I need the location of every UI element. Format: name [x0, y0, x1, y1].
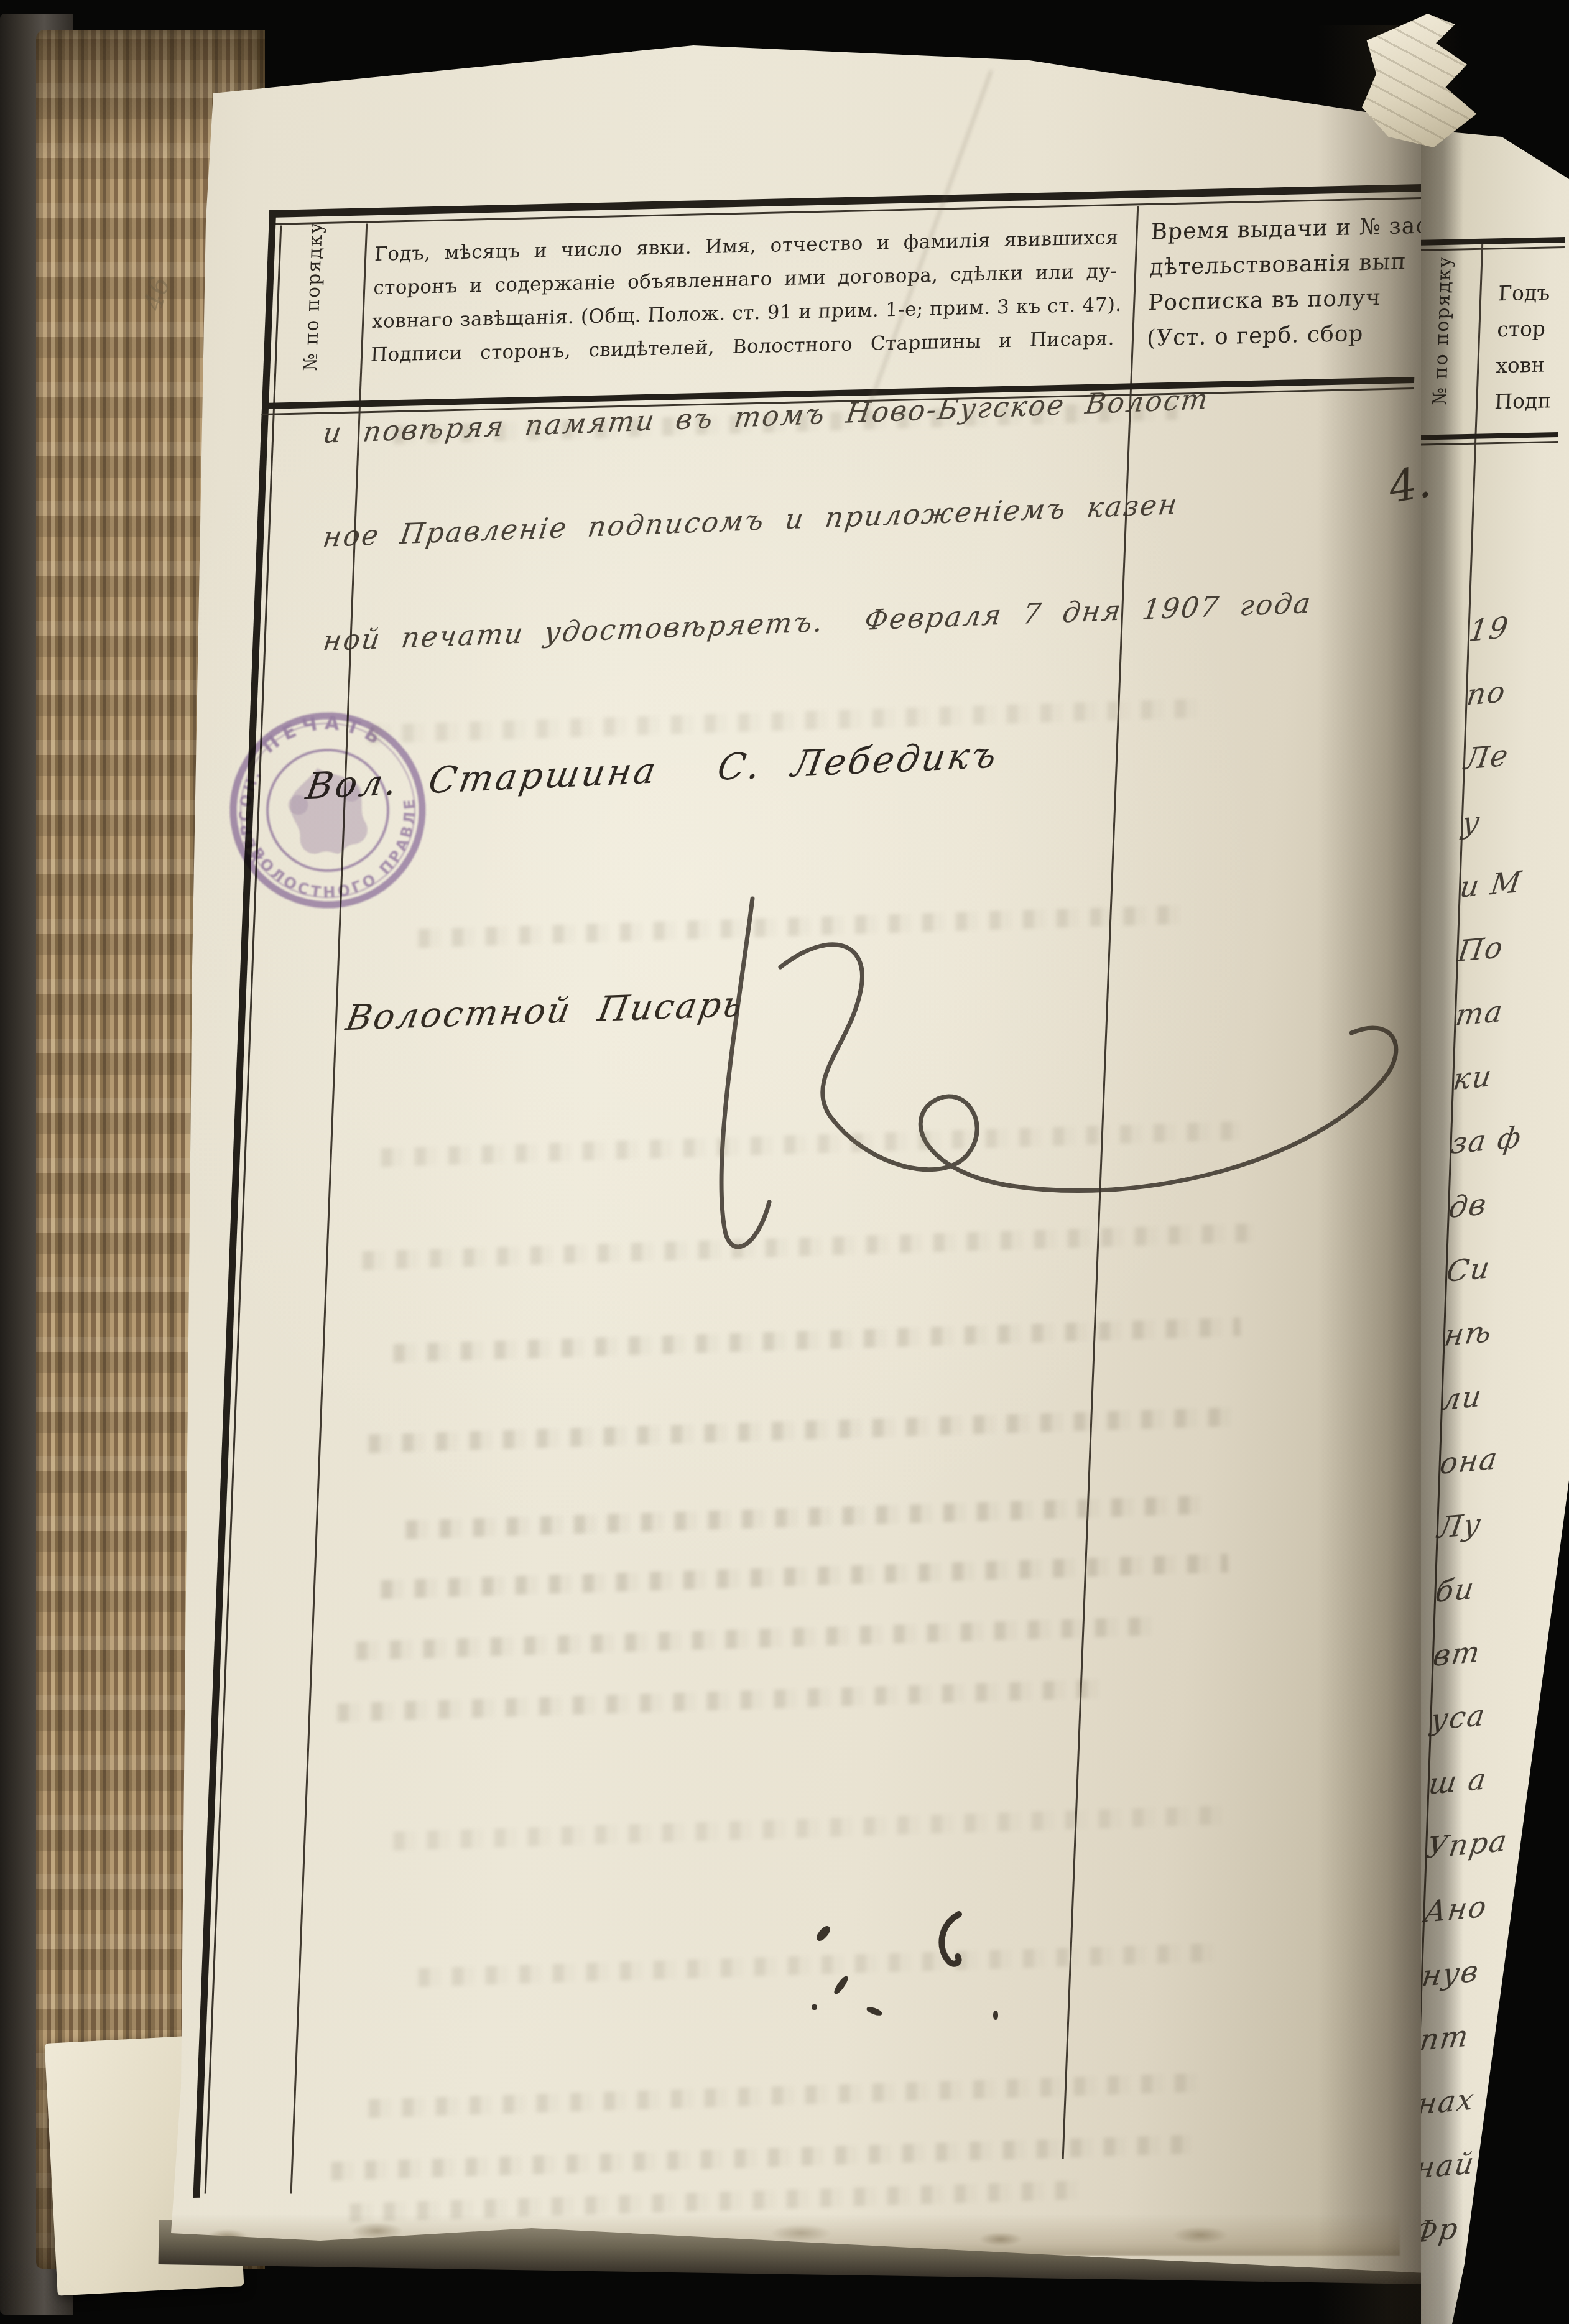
right-entry-handwriting-fragments: 19поЛеуи МПотакиза фдвСинѣлионаЛубивтуса…: [1487, 121, 1569, 123]
right-table-top-rule: [1417, 237, 1565, 246]
right-entry-fragment: ш а: [1427, 1762, 1489, 1802]
right-header-fragments: ГодъсторховнПодп: [1504, 121, 1569, 123]
clerk-signature-flourish: [432, 892, 1427, 1290]
right-header-bottom-rule: [1410, 432, 1558, 440]
right-entry-fragment: най: [1413, 2146, 1477, 2186]
right-entry-fragment: вт: [1431, 1635, 1483, 1674]
right-entry-fragment: ки: [1451, 1059, 1494, 1097]
entry-handwriting-line: ной печати удостовѣряетъ. Февраля 7 дня …: [321, 586, 1314, 657]
right-entry-fragment: дв: [1446, 1187, 1489, 1225]
right-header-fragment: ховн: [1496, 353, 1545, 378]
torn-paper-scrap: [1362, 14, 1481, 147]
right-header-fragment: стор: [1497, 317, 1546, 342]
right-entry-fragment: Ле: [1462, 738, 1511, 777]
table-left-rule-thin: [205, 226, 282, 2194]
right-header-fragment: Подп: [1494, 388, 1552, 414]
right-entry-fragment: Лу: [1435, 1507, 1484, 1545]
ink-speck: [993, 2011, 998, 2020]
right-entry-fragment: она: [1438, 1442, 1501, 1481]
table-left-rule: [193, 210, 276, 2198]
right-entry-fragment: уса: [1428, 1698, 1488, 1738]
right-table-top-rule-thin: [1417, 246, 1565, 251]
right-entry-fragment: По: [1456, 930, 1506, 969]
right-entry-fragment: и М: [1458, 864, 1524, 905]
right-entry-fragment: пт: [1417, 2019, 1471, 2058]
right-entry-fragment: Си: [1445, 1251, 1493, 1289]
right-entry-fragment: Ано: [1422, 1889, 1490, 1930]
right-entry-fragment: нѣ: [1442, 1315, 1494, 1354]
right-header-fragment: Годъ: [1498, 280, 1550, 305]
right-entry-fragment: за ф: [1449, 1120, 1524, 1161]
right-entry-fragment: по: [1465, 675, 1508, 713]
right-entry-fragment: 19: [1467, 611, 1512, 649]
right-index-column-header-text: № по порядку: [1429, 255, 1456, 405]
right-entry-fragment: нув: [1420, 1954, 1481, 1994]
right-entry-fragment: ли: [1440, 1379, 1484, 1417]
entry-number: 4.: [1384, 456, 1434, 513]
right-entry-fragment: та: [1453, 994, 1506, 1034]
right-entry-fragment: би: [1433, 1572, 1478, 1609]
right-entry-fragment: Упра: [1424, 1824, 1510, 1866]
ink-stroke: [933, 1909, 970, 1971]
entry-handwriting-line: ное Правленіе подписомъ и приложеніемъ к…: [321, 488, 1180, 553]
right-header-bottom-rule-thin: [1410, 441, 1558, 446]
right-page: № по порядку ГодъсторховнПодп 19поЛеуи М…: [1421, 124, 1569, 2324]
ink-speck: [812, 2004, 817, 2010]
right-entry-fragment: нах: [1415, 2082, 1477, 2122]
book-photo-background: { "page_corner_number": "46", "left_page…: [0, 0, 1569, 2324]
left-page: № по порядку Годъ, мѣсяцъ и число явки. …: [59, 34, 1425, 2273]
